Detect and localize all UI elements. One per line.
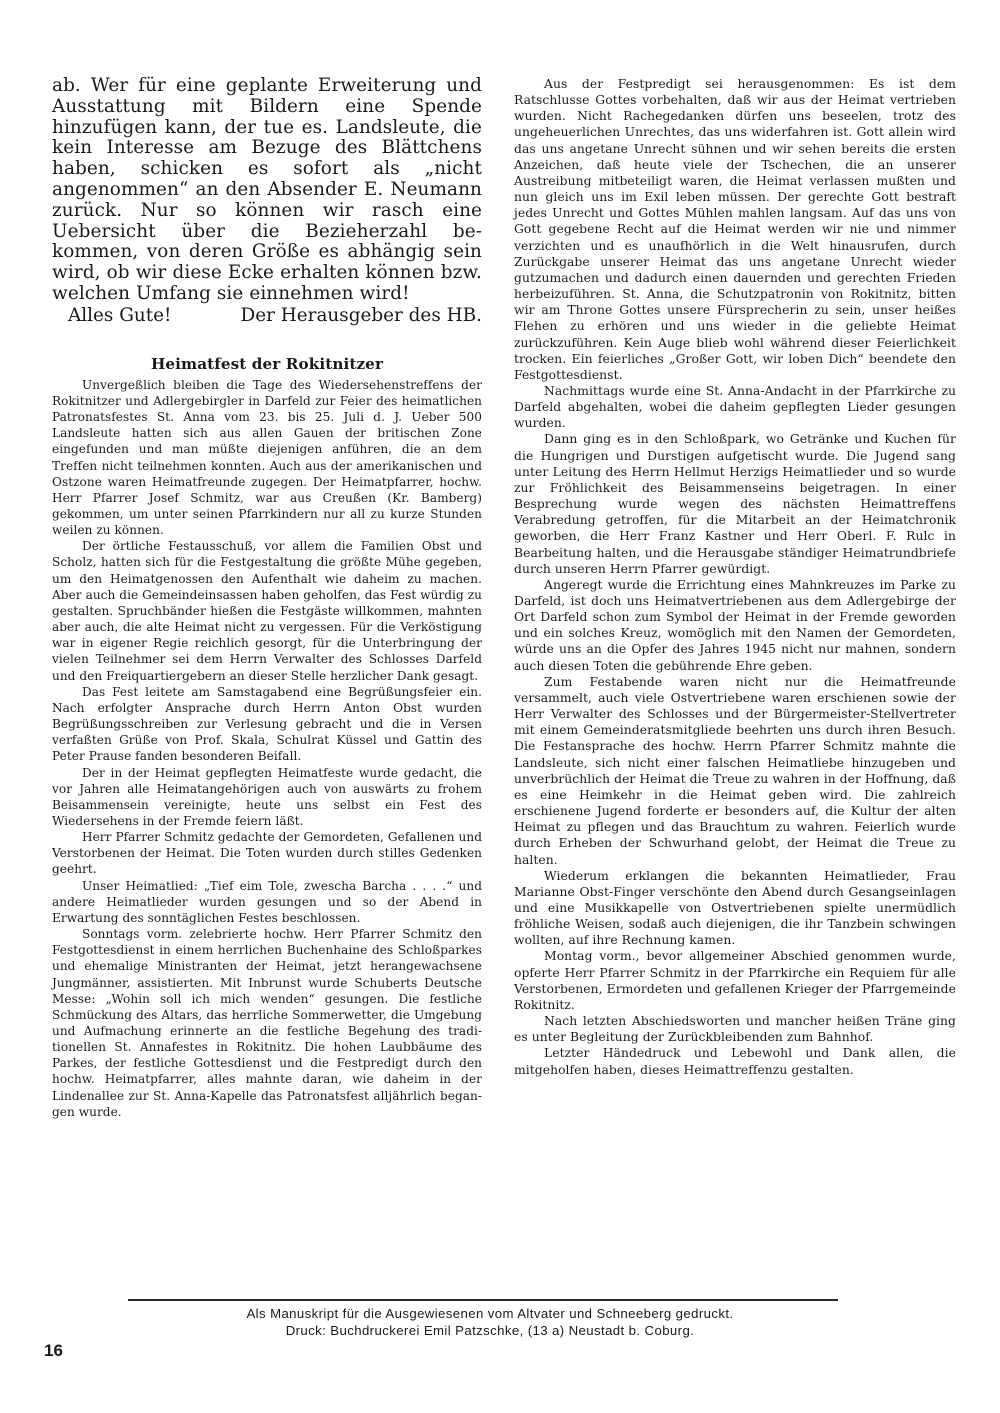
article-paragraph: Letzter Händedruck und Lebewohl und Dank… bbox=[514, 1045, 956, 1077]
imprint-line-printer: Druck: Buchdruckerei Emil Patzschke, (13… bbox=[110, 1323, 870, 1340]
article-title: Heimatfest der Rokitnitzer bbox=[52, 355, 482, 373]
footer-divider bbox=[128, 1299, 838, 1301]
page-number: 16 bbox=[44, 1341, 63, 1361]
article-paragraph: Zum Festabende waren nicht nur die Heima… bbox=[514, 674, 956, 868]
article-paragraph: Der örtliche Festausschuß, vor allem die… bbox=[52, 538, 482, 683]
right-column: Aus der Festpredigt sei herausgenommen: … bbox=[514, 76, 956, 1078]
imprint: Als Manuskript für die Ausgewiesenen vom… bbox=[110, 1306, 870, 1339]
article-paragraph: Angeregt wurde die Errichtung eines Mahn… bbox=[514, 577, 956, 674]
newsletter-page: ab. Wer für eine geplante Erweiterung un… bbox=[0, 0, 1000, 1413]
article-paragraph: Aus der Festpredigt sei herausgenommen: … bbox=[514, 76, 956, 383]
editor-signature: Der Herausgeber des HB. bbox=[240, 305, 482, 326]
editor-notice: ab. Wer für eine geplante Erweiterung un… bbox=[52, 76, 482, 326]
editor-notice-text: ab. Wer für eine geplante Erweiterung un… bbox=[52, 76, 482, 305]
article-paragraph: Herr Pfarrer Schmitz gedachte der Gemord… bbox=[52, 829, 482, 877]
imprint-line-manuscript: Als Manuskript für die Ausgewiesenen vom… bbox=[110, 1306, 870, 1323]
closing-greeting: Alles Gute! bbox=[68, 305, 171, 326]
article-body-left: Unvergeßlich bleiben die Tage des Wieder… bbox=[52, 377, 482, 1120]
article-paragraph: Unser Heimatlied: „Tief eim Tole, zwesch… bbox=[52, 878, 482, 926]
article-body-right: Aus der Festpredigt sei herausgenommen: … bbox=[514, 76, 956, 1078]
editor-signoff: Alles Gute! Der Herausgeber des HB. bbox=[52, 305, 482, 326]
article-paragraph: Nach letzten Abschiedsworten und mancher… bbox=[514, 1013, 956, 1045]
article-paragraph: Montag vorm., bevor allgemeiner Abschied… bbox=[514, 948, 956, 1013]
article-paragraph: Unvergeßlich bleiben die Tage des Wieder… bbox=[52, 377, 482, 539]
article-paragraph: Sonntags vorm. zelebrierte hochw. Herr P… bbox=[52, 926, 482, 1120]
article-paragraph: Dann ging es in den Schloßpark, wo Geträ… bbox=[514, 431, 956, 576]
article-paragraph: Wiederum erklangen die bekannten Heimatl… bbox=[514, 868, 956, 949]
left-column: ab. Wer für eine geplante Erweiterung un… bbox=[52, 76, 482, 1120]
article-paragraph: Das Fest leitete am Samstagabend eine Be… bbox=[52, 684, 482, 765]
article-paragraph: Nachmittags wurde eine St. Anna-Andacht … bbox=[514, 383, 956, 431]
article-paragraph: Der in der Heimat gepflegten Heimatfeste… bbox=[52, 765, 482, 830]
